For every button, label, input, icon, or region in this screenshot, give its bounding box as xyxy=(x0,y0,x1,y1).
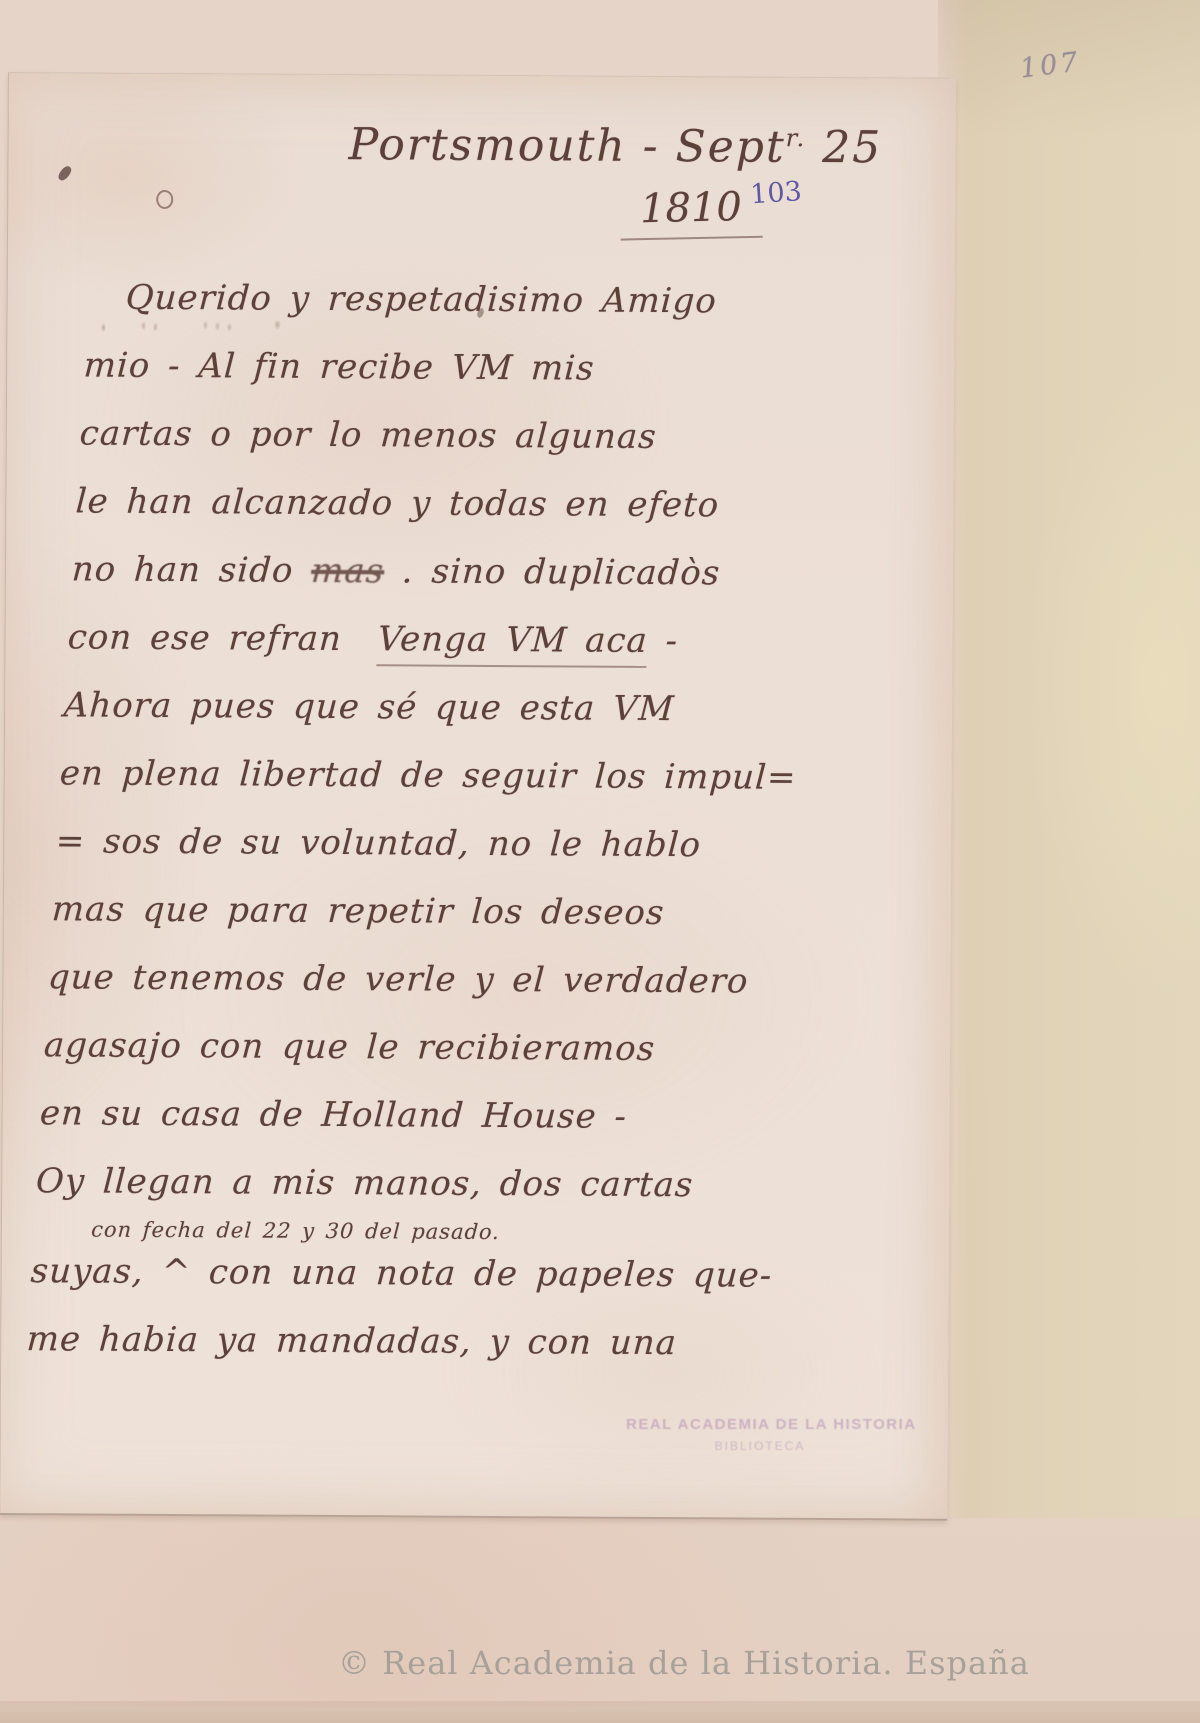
text-segment: con fecha del 22 y 30 del pasado. xyxy=(91,1218,501,1244)
text-segment: mas que para repetir los deseos xyxy=(51,889,666,933)
library-stamp-line2: BIBLIOTECA xyxy=(626,1439,894,1453)
letter-line: con fecha del 22 y 30 del pasado. xyxy=(91,1218,864,1247)
text-segment: no han sido xyxy=(71,549,313,590)
letter-line: Ahora pues que sé que esta VM xyxy=(63,687,895,728)
letter-line: agasajo con que le recibieramos xyxy=(43,1027,875,1068)
ink-speck xyxy=(156,190,173,209)
backing-paper-bottom-strip xyxy=(0,1701,1200,1723)
text-segment: en plena libertad de seguir los impul= xyxy=(59,753,798,797)
year-underlined: 1810 xyxy=(620,184,763,241)
ink-speck xyxy=(56,164,73,182)
letter-line: no han sido mas . sino duplicadòs xyxy=(71,551,903,592)
letter-line: cartas o por lo menos algunas xyxy=(79,415,911,456)
backing-paper-right xyxy=(938,0,1200,1518)
letter-line: con ese refran Venga VM aca - xyxy=(67,619,899,660)
copyright-watermark: © Real Academia de la Historia. España xyxy=(338,1644,1030,1682)
letter-line: que tenemos de verle y el verdadero xyxy=(47,959,879,1000)
library-stamp-line1: REAL ACADEMIA DE LA HISTORIA xyxy=(626,1416,894,1433)
text-segment: mas xyxy=(310,551,385,591)
text-segment: . sino duplicadòs xyxy=(383,551,721,593)
dateline-place: Portsmouth - Sept xyxy=(348,119,785,173)
text-segment: agasajo con que le recibieramos xyxy=(43,1025,657,1069)
letter-line: mas que para repetir los deseos xyxy=(51,891,883,932)
text-segment: que tenemos de verle y el verdadero xyxy=(47,957,750,1001)
text-segment: cartas o por lo menos algunas xyxy=(79,413,658,457)
text-segment: con ese refran xyxy=(67,617,379,659)
text-segment: Venga VM aca xyxy=(376,619,649,668)
text-segment: - xyxy=(647,621,680,661)
letter-line: me habia ya mandadas, y con una xyxy=(26,1321,858,1362)
letter-line: en plena libertad de seguir los impul= xyxy=(59,755,891,796)
letter-page: Portsmouth - Septr. 25 1810 103 Querido … xyxy=(0,72,956,1521)
letter-body: Querido y respetadisimo Amigomio - Al fi… xyxy=(24,279,919,1394)
archive-number: 103 xyxy=(749,176,802,210)
letter-dateline: Portsmouth - Septr. 25 xyxy=(348,119,882,173)
text-segment: mio - Al fin recibe VM mis xyxy=(83,345,596,388)
letter-line: Oy llegan a mis manos, dos cartas xyxy=(35,1163,867,1204)
library-stamp: REAL ACADEMIA DE LA HISTORIA BIBLIOTECA xyxy=(626,1416,894,1453)
letter-line: Querido y respetadisimo Amigo xyxy=(125,280,919,321)
text-segment: Ahora pues que sé que esta VM xyxy=(63,685,676,729)
letter-year: 1810 xyxy=(620,185,762,240)
text-segment: = sos de su voluntad, no le hablo xyxy=(55,821,703,865)
dateline-day: 25 xyxy=(806,122,882,173)
text-segment: le han alcanzado y todas en efeto xyxy=(75,481,721,525)
letter-line: = sos de su voluntad, no le hablo xyxy=(55,823,887,864)
text-segment: en su casa de Holland House - xyxy=(39,1093,628,1137)
letter-line: le han alcanzado y todas en efeto xyxy=(75,483,907,524)
letter-line: suyas, ^ con una nota de papeles que- xyxy=(30,1253,862,1294)
text-segment: Querido y respetadisimo Amigo xyxy=(125,278,718,322)
letter-line: mio - Al fin recibe VM mis xyxy=(83,347,915,388)
text-segment: me habia ya mandadas, y con una xyxy=(26,1319,679,1363)
manuscript-scan: 107 Portsmouth - Septr. 25 1810 103 Quer… xyxy=(0,0,1200,1723)
text-segment: suyas, ^ con una nota de papeles que- xyxy=(30,1251,774,1296)
text-segment: Oy llegan a mis manos, dos cartas xyxy=(35,1161,695,1205)
dateline-superscript: r. xyxy=(786,124,807,152)
letter-line: en su casa de Holland House - xyxy=(39,1095,871,1136)
